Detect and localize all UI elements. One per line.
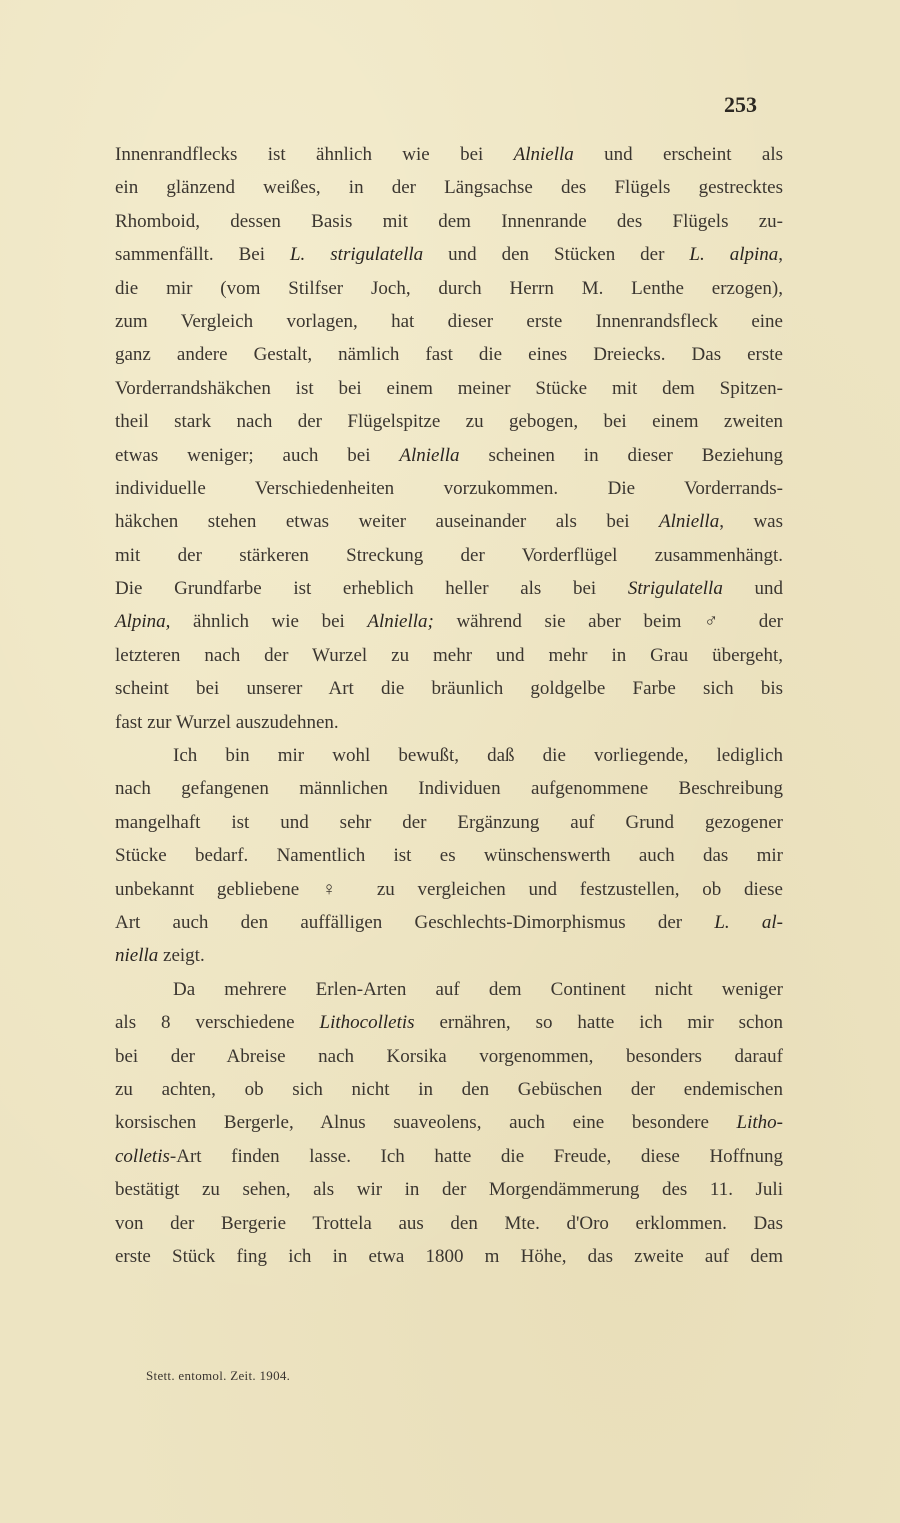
text-line: Alpina, ähnlich wie bei Alniella; währen…: [115, 605, 783, 638]
text-line: Art auch den auffälligen Geschlechts-Dim…: [115, 906, 783, 939]
text-line: unbekannt gebliebene ♀ zu vergleichen un…: [115, 873, 783, 906]
italic-taxon-name: Alniella;: [367, 611, 433, 632]
italic-taxon-name: colletis: [115, 1146, 170, 1167]
text-run: mangelhaft ist und sehr der Ergänzung au…: [115, 812, 783, 833]
text-line: fast zur Wurzel auszudehnen.: [115, 706, 783, 739]
text-line: Die Grundfarbe ist erheblich heller als …: [115, 572, 783, 605]
text-run: Art auch den auffälligen Geschlechts-Dim…: [115, 912, 714, 933]
text-run: Da mehrere Erlen-Arten auf dem Continent…: [173, 979, 783, 1000]
text-run: von der Bergerie Trottela aus den Mte. d…: [115, 1213, 783, 1234]
text-run: häkchen stehen etwas weiter auseinander …: [115, 511, 659, 532]
text-run: mit der stärkeren Streckung der Vorderfl…: [115, 545, 783, 566]
text-run: bei der Abreise nach Korsika vorgenommen…: [115, 1046, 783, 1067]
text-line: individuelle Verschiedenheiten vorzukomm…: [115, 472, 783, 505]
text-run: ähnlich wie bei: [170, 611, 367, 632]
text-run: -Art finden lasse. Ich hatte die Freude,…: [170, 1146, 783, 1167]
text-run: und den Stücken der: [423, 244, 689, 265]
italic-taxon-name: L. strigulatella: [290, 244, 423, 265]
text-line: bei der Abreise nach Korsika vorgenommen…: [115, 1040, 783, 1073]
text-run: und erscheint als: [574, 144, 783, 165]
italic-taxon-name: Strigulatella: [628, 578, 723, 599]
text-run: und: [723, 578, 783, 599]
text-run: individuelle Verschiedenheiten vorzukomm…: [115, 478, 783, 499]
text-run: Innenrandflecks ist ähnlich wie bei: [115, 144, 514, 165]
italic-taxon-name: Alpina,: [115, 611, 170, 632]
text-run: letzteren nach der Wurzel zu mehr und me…: [115, 645, 783, 666]
text-run: sammenfällt. Bei: [115, 244, 290, 265]
italic-taxon-name: L. alpina: [689, 244, 778, 265]
text-run: zeigt.: [158, 945, 204, 966]
text-run: Vorderrandshäkchen ist bei einem meiner …: [115, 378, 783, 399]
footer-signature: Stett. entomol. Zeit. 1904.: [146, 1368, 290, 1384]
text-line: Innenrandflecks ist ähnlich wie bei Alni…: [115, 138, 783, 171]
text-line: nach gefangenen männlichen Individuen au…: [115, 772, 783, 805]
text-line: als 8 verschiedene Lithocolletis ernähre…: [115, 1006, 783, 1039]
text-run: Ich bin mir wohl bewußt, daß die vorlieg…: [173, 745, 783, 766]
page-number: 253: [724, 92, 757, 118]
text-line: etwas weniger; auch bei Alniella scheine…: [115, 439, 783, 472]
text-line: Da mehrere Erlen-Arten auf dem Continent…: [115, 973, 783, 1006]
text-line: zum Vergleich vorlagen, hat dieser erste…: [115, 305, 783, 338]
text-run: ein glänzend weißes, in der Längsachse d…: [115, 177, 783, 198]
text-run: scheint bei unserer Art die bräunlich go…: [115, 678, 783, 699]
text-line: scheint bei unserer Art die bräunlich go…: [115, 672, 783, 705]
text-run: fast zur Wurzel auszudehnen.: [115, 712, 339, 733]
text-run: ganz andere Gestalt, nämlich fast die ei…: [115, 344, 783, 365]
text-run: nach gefangenen männlichen Individuen au…: [115, 778, 783, 799]
text-run: ernähren, so hatte ich mir schon: [415, 1012, 783, 1033]
italic-taxon-name: Litho-: [737, 1112, 783, 1133]
text-run: erste Stück fing ich in etwa 1800 m Höhe…: [115, 1246, 783, 1267]
text-run: theil stark nach der Flügelspitze zu geb…: [115, 411, 783, 432]
text-run: Die Grundfarbe ist erheblich heller als …: [115, 578, 628, 599]
text-line: erste Stück fing ich in etwa 1800 m Höhe…: [115, 1240, 783, 1273]
text-run: korsischen Bergerle, Alnus suaveolens, a…: [115, 1112, 737, 1133]
text-run: zum Vergleich vorlagen, hat dieser erste…: [115, 311, 783, 332]
text-line: ein glänzend weißes, in der Längsachse d…: [115, 171, 783, 204]
italic-taxon-name: niella: [115, 945, 158, 966]
scanned-page: 253 Innenrandflecks ist ähnlich wie bei …: [0, 0, 900, 1523]
body-text: Innenrandflecks ist ähnlich wie bei Alni…: [115, 138, 783, 1273]
text-line: Ich bin mir wohl bewußt, daß die vorlieg…: [115, 739, 783, 772]
text-line: ganz andere Gestalt, nämlich fast die ei…: [115, 338, 783, 371]
text-run: bestätigt zu sehen, als wir in der Morge…: [115, 1179, 783, 1200]
text-line: Stücke bedarf. Namentlich ist es wünsche…: [115, 839, 783, 872]
italic-taxon-name: Alniella: [399, 445, 459, 466]
italic-taxon-name: L. al-: [714, 912, 783, 933]
text-line: mangelhaft ist und sehr der Ergänzung au…: [115, 806, 783, 839]
text-line: Vorderrandshäkchen ist bei einem meiner …: [115, 372, 783, 405]
text-run: Stücke bedarf. Namentlich ist es wünsche…: [115, 845, 783, 866]
text-line: die mir (vom Stilfser Joch, durch Herrn …: [115, 272, 783, 305]
text-run: unbekannt gebliebene ♀ zu vergleichen un…: [115, 879, 783, 900]
text-run: Rhomboid, dessen Basis mit dem Innenrand…: [115, 211, 783, 232]
text-run: die mir (vom Stilfser Joch, durch Herrn …: [115, 278, 783, 299]
text-run: ,: [778, 244, 783, 265]
text-line: sammenfällt. Bei L. strigulatella und de…: [115, 238, 783, 271]
text-line: zu achten, ob sich nicht in den Gebüsche…: [115, 1073, 783, 1106]
text-line: colletis-Art finden lasse. Ich hatte die…: [115, 1140, 783, 1173]
text-line: mit der stärkeren Streckung der Vorderfl…: [115, 539, 783, 572]
text-run: etwas weniger; auch bei: [115, 445, 399, 466]
text-run: zu achten, ob sich nicht in den Gebüsche…: [115, 1079, 783, 1100]
text-line: von der Bergerie Trottela aus den Mte. d…: [115, 1207, 783, 1240]
text-line: niella zeigt.: [115, 939, 783, 972]
text-line: Rhomboid, dessen Basis mit dem Innenrand…: [115, 205, 783, 238]
italic-taxon-name: Lithocolletis: [320, 1012, 415, 1033]
text-line: korsischen Bergerle, Alnus suaveolens, a…: [115, 1106, 783, 1139]
italic-taxon-name: Alniella: [659, 511, 719, 532]
text-line: bestätigt zu sehen, als wir in der Morge…: [115, 1173, 783, 1206]
text-run: als 8 verschiedene: [115, 1012, 320, 1033]
text-line: theil stark nach der Flügelspitze zu geb…: [115, 405, 783, 438]
text-line: letzteren nach der Wurzel zu mehr und me…: [115, 639, 783, 672]
text-run: , was: [719, 511, 783, 532]
text-line: häkchen stehen etwas weiter auseinander …: [115, 505, 783, 538]
italic-taxon-name: Alniella: [514, 144, 574, 165]
text-run: scheinen in dieser Beziehung: [460, 445, 783, 466]
text-run: während sie aber beim ♂ der: [434, 611, 783, 632]
